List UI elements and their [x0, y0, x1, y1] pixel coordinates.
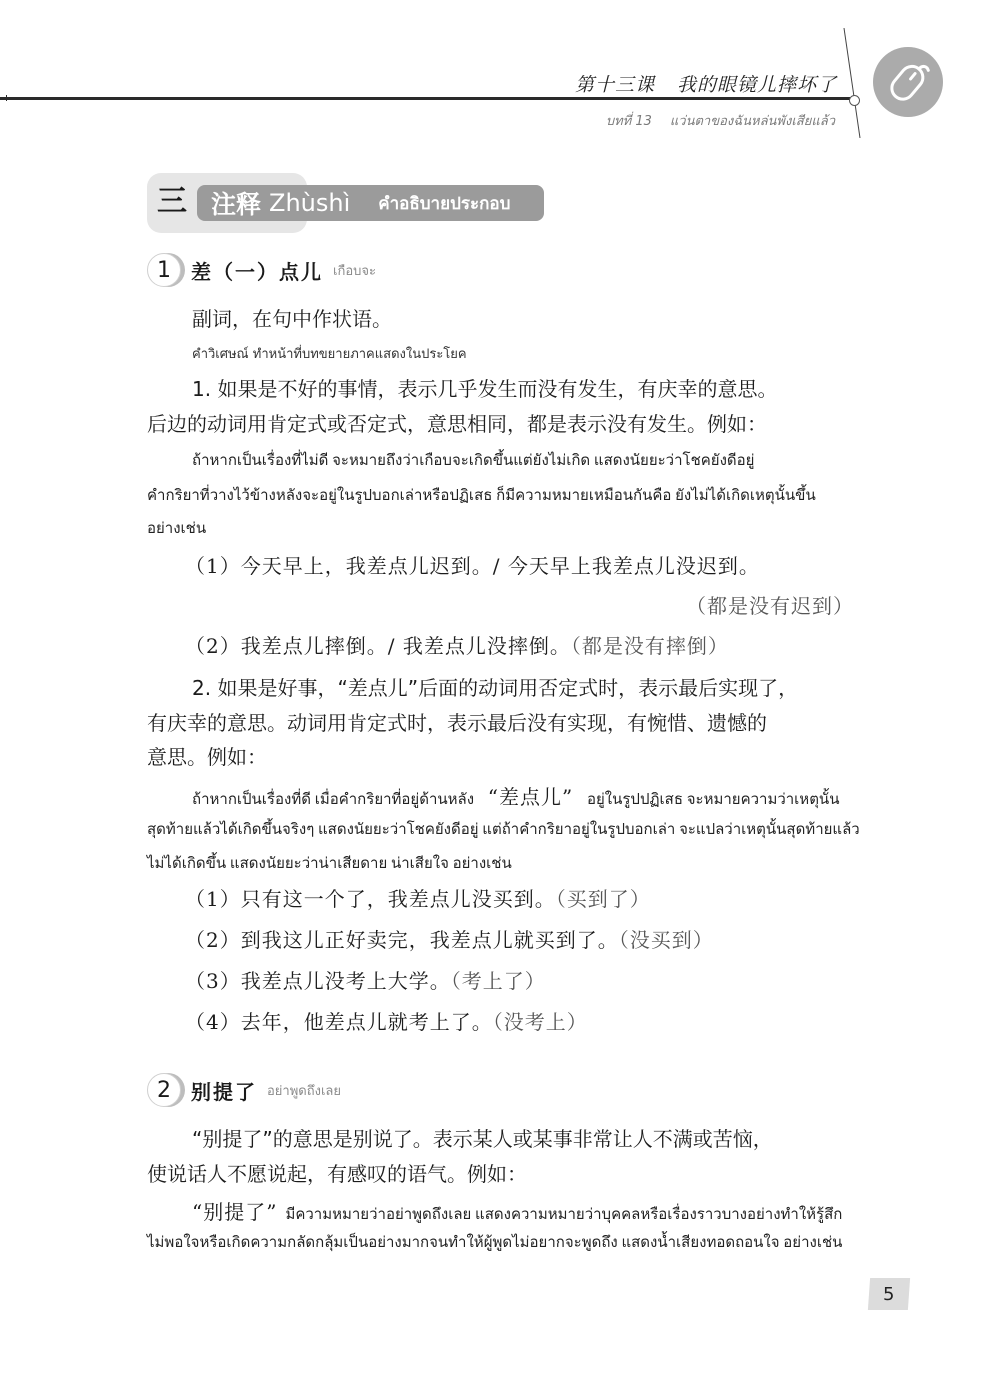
point-heading-2: 2 别提了 อย่าพูดถึงเลย [147, 1072, 341, 1108]
section-title-zh: 注释 [211, 185, 261, 221]
example-item: （4）去年，他差点儿就考上了。（没考上） [185, 1006, 588, 1035]
header-divider-line [843, 28, 863, 138]
example-label: （2） [185, 928, 241, 952]
rule-2-th-text-b: อยู่ในรูปปฏิเสธ จะหมายความว่าเหตุนั้น [587, 792, 839, 808]
example-note: （考上了） [451, 969, 546, 993]
point-1-intro-th: คำวิเศษณ์ ทำหน้าที่บทขยายภาคแสดงในประโยค [192, 343, 467, 364]
example-text: 我差点儿没考上大学。 [241, 969, 451, 993]
section-title-pinyin: Zhùshì [269, 189, 350, 217]
header-rule [0, 97, 850, 100]
rule-2-th-text-a: ถ้าหากเป็นเรื่องที่ดี เมื่อคำกริยาที่อยู… [192, 792, 474, 808]
point-title-zh: 别提了 [191, 1076, 257, 1105]
example-item: （1）只有这一个了，我差点儿没买到。（买到了） [185, 883, 651, 912]
lesson-title: 我的眼镜儿摔坏了 [677, 74, 837, 96]
example-text: 我差点儿摔倒。/ 我差点儿没摔倒。 [241, 634, 571, 658]
section-number: 三 [157, 185, 185, 219]
page-number: 5 [868, 1278, 910, 1310]
example-text: 到我这儿正好卖完，我差点儿就买到了。 [241, 928, 619, 952]
rule-2-th-line-3: ไม่ได้เกิดขึ้น แสดงนัยยะว่าน่าเสียดาย น่… [147, 851, 512, 875]
example-item: （2）我差点儿摔倒。/ 我差点儿没摔倒。（都是没有摔倒） [185, 630, 729, 659]
point-number-badge: 2 [147, 1073, 181, 1107]
example-label: （1） [185, 887, 241, 911]
example-text: 今天早上，我差点儿迟到。/ 今天早上我差点儿没迟到。 [241, 554, 760, 578]
example-label: （3） [185, 969, 241, 993]
rule-2-th-line-2: สุดท้ายแล้วได้เกิดขึ้นจริงๆ แสดงนัยยะว่า… [147, 817, 860, 841]
example-item: （1）今天早上，我差点儿迟到。/ 今天早上我差点儿没迟到。 [185, 550, 760, 579]
point-2-th-quote: “别提了” [192, 1200, 277, 1224]
rule-1-th-line-1: ถ้าหากเป็นเรื่องที่ไม่ดี จะหมายถึงว่าเกื… [192, 448, 754, 472]
example-note: （没考上） [493, 1010, 588, 1034]
rule-2-zh-line-3: 意思。例如： [147, 741, 267, 770]
rule-1-th-line-3: อย่างเช่น [147, 516, 206, 540]
page-number-text: 5 [883, 1284, 894, 1305]
example-item: （3）我差点儿没考上大学。（考上了） [185, 965, 546, 994]
rule-2-th-line-1: ถ้าหากเป็นเรื่องที่ดี เมื่อคำกริยาที่อยู… [192, 781, 839, 811]
point-2-zh-line-2: 使说话人不愿说起，有感叹的语气。例如： [147, 1158, 527, 1187]
section-title-pill: 注释 Zhùshì คำอธิบายประกอบ [197, 185, 544, 221]
rule-1-zh-line-1: 1. 如果是不好的事情，表示几乎发生而没有发生，有庆幸的意思。 [192, 373, 777, 402]
point-2-th-line-2: ไม่พอใจหรือเกิดความกลัดกลุ้มเป็นอย่างมาก… [147, 1230, 842, 1254]
rule-2-zh-line-2: 有庆幸的意思。动词用肯定式时，表示最后没有实现，有惋惜、遗憾的 [147, 707, 767, 736]
point-heading-1: 1 差（一）点儿 เกือบจะ [147, 252, 376, 288]
example-note: （买到了） [556, 887, 651, 911]
example-label: （4） [185, 1010, 241, 1034]
point-2-th-text: มีความหมายว่าอย่าพูดถึงเลย แสดงความหมายว… [285, 1207, 842, 1223]
lesson-number: 第十三课 [575, 74, 655, 96]
header-rule-tick [6, 95, 7, 101]
example-note: （都是没有迟到） [686, 590, 854, 619]
example-label: （2） [185, 634, 241, 658]
example-text: 去年，他差点儿就考上了。 [241, 1010, 493, 1034]
rule-1-zh-line-2: 后边的动词用肯定式或否定式，意思相同，都是表示没有发生。例如： [147, 408, 767, 437]
example-label: （1） [185, 554, 241, 578]
rule-1-th-line-2: คำกริยาที่วางไว้ข้างหลังจะอยู่ในรูปบอกเล… [147, 483, 816, 507]
example-note: （都是没有摔倒） [571, 634, 729, 658]
rule-2-th-quote: “差点儿” [488, 785, 573, 809]
point-2-th-line-1: “别提了”มีความหมายว่าอย่าพูดถึงเลย แสดงความ… [192, 1196, 842, 1226]
lesson-title-th: แว่นตาของฉันหล่นพังเสียแล้ว [670, 114, 835, 129]
point-title-th: อย่าพูดถึงเลย [267, 1080, 341, 1101]
lesson-header-subtitle: บทที่ 13แว่นตาของฉันหล่นพังเสียแล้ว [606, 110, 835, 131]
example-note: （没买到） [619, 928, 714, 952]
example-text: 只有这一个了，我差点儿没买到。 [241, 887, 556, 911]
lesson-header-title: 第十三课我的眼镜儿摔坏了 [575, 70, 837, 97]
point-1-intro-zh: 副词，在句中作状语。 [192, 303, 392, 332]
point-title-zh: 差（一）点儿 [191, 256, 323, 285]
rule-2-zh-line-1: 2. 如果是好事，“差点儿”后面的动词用否定式时，表示最后实现了， [192, 672, 798, 701]
header-ring-ornament [849, 95, 860, 106]
computer-mouse-icon [873, 47, 943, 117]
example-item: （2）到我这儿正好卖完，我差点儿就买到了。（没买到） [185, 924, 714, 953]
point-number-badge: 1 [147, 253, 181, 287]
point-title-th: เกือบจะ [333, 260, 376, 281]
section-title: 三 注释 Zhùshì คำอธิบายประกอบ [147, 173, 547, 233]
lesson-number-th: บทที่ 13 [606, 114, 652, 129]
point-2-zh-line-1: “别提了”的意思是别说了。表示某人或某事非常让人不满或苦恼， [192, 1123, 773, 1152]
section-title-th: คำอธิบายประกอบ [378, 190, 510, 217]
